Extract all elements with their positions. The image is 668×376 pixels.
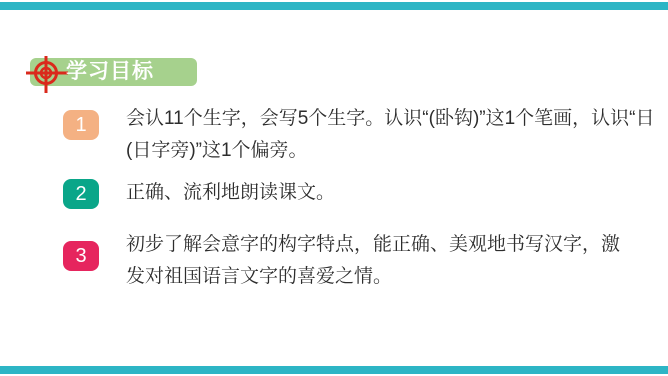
item-1-text-line-1: 会认11个生字，会写5个生字。认识“(卧钩)”这1个笔画，认识“日 <box>126 103 655 135</box>
item-2-number-badge: 2 <box>63 179 99 209</box>
item-3-text-line-1: 初步了解会意字的构字特点，能正确、美观地书写汉字，激 <box>126 229 620 261</box>
item-2-text: 正确、流利地朗读课文。 <box>126 177 335 209</box>
top-accent-bar <box>0 2 668 10</box>
item-1-number-badge: 1 <box>63 110 99 140</box>
item-3-text: 初步了解会意字的构字特点，能正确、美观地书写汉字，激 发对祖国语言文字的喜爱之情… <box>126 229 620 293</box>
item-1-number: 1 <box>75 114 86 137</box>
target-crosshair-icon <box>25 53 69 95</box>
slide: 学习目标 1 会认11个生字，会写5个生字。认识“(卧钩)”这1个笔画，认识“日… <box>0 0 668 376</box>
item-2-text-line-1: 正确、流利地朗读课文。 <box>126 177 335 209</box>
bottom-accent-bar <box>0 366 668 374</box>
page-title: 学习目标 <box>66 58 154 86</box>
item-2-number: 2 <box>75 183 86 206</box>
item-3-number-badge: 3 <box>63 241 99 271</box>
item-1-text: 会认11个生字，会写5个生字。认识“(卧钩)”这1个笔画，认识“日 (日字旁)”… <box>126 103 655 167</box>
item-3-text-line-2: 发对祖国语言文字的喜爱之情。 <box>126 261 620 293</box>
item-1-text-line-2: (日字旁)”这1个偏旁。 <box>126 135 655 167</box>
item-3-number: 3 <box>75 245 86 268</box>
